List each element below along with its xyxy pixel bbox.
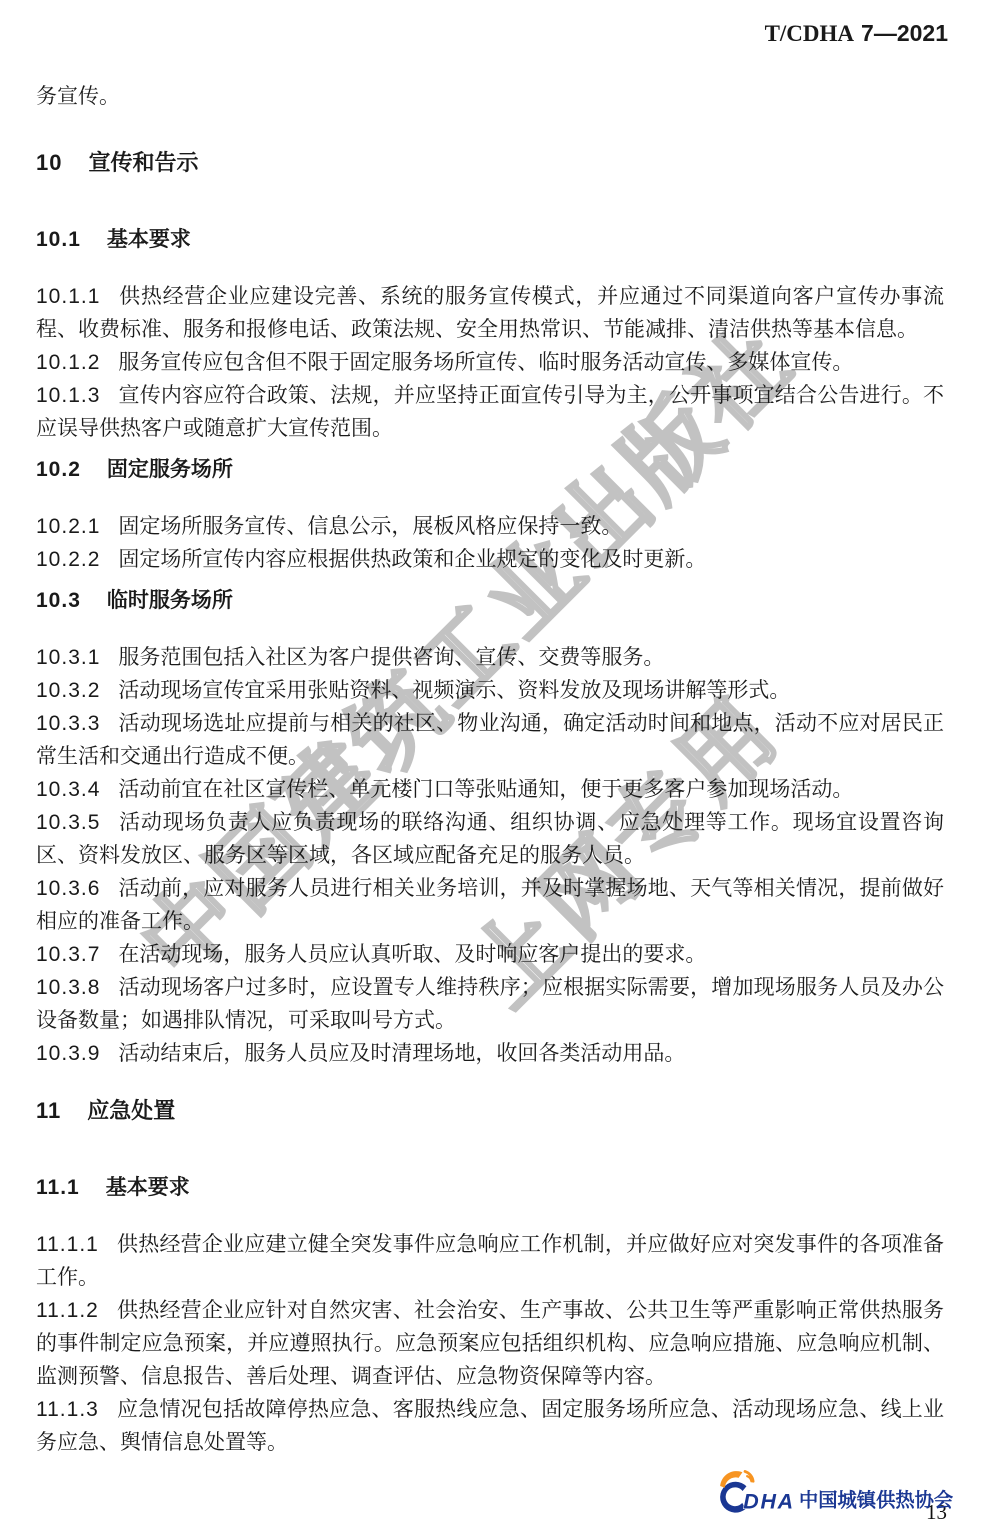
- clause-text: 活动现场负责人应负责现场的联络沟通、组织协调、应急处理等工作。现场宜设置咨询区、…: [36, 810, 944, 867]
- clause-number: 10.2.1: [36, 515, 100, 538]
- clause-text: 活动结束后，服务人员应及时清理场地，收回各类活动用品。: [118, 1041, 685, 1065]
- subsection-heading-11-1: 11.1基本要求: [36, 1176, 944, 1200]
- clause-group-10-2: 10.2.1固定场所服务宣传、信息公示，展板风格应保持一致。 10.2.2固定场…: [36, 510, 944, 576]
- document-body: 务宣传。 10宣传和告示 10.1基本要求 10.1.1供热经营企业应建设完善、…: [0, 48, 984, 1459]
- clause-10-3-4: 10.3.4活动前宜在社区宣传栏、单元楼门口等张贴通知，便于更多客户参加现场活动…: [36, 773, 944, 806]
- clause-text: 固定场所服务宣传、信息公示，展板风格应保持一致。: [118, 514, 622, 538]
- doc-number-prefix: T/CDHA: [765, 21, 854, 46]
- section-title: 宣传和告示: [88, 150, 198, 175]
- carryover-paragraph: 务宣传。: [36, 80, 944, 113]
- clause-10-1-3: 10.1.3宣传内容应符合政策、法规，并应坚持正面宣传引导为主，公开事项宜结合公…: [36, 379, 944, 445]
- clause-text: 服务范围包括入社区为客户提供咨询、宣传、交费等服务。: [118, 645, 664, 669]
- clause-text: 供热经营企业应建设完善、系统的服务宣传模式，并应通过不同渠道向客户宣传办事流程、…: [36, 284, 944, 341]
- clause-text: 活动现场客户过多时，应设置专人维持秩序；应根据实际需要，增加现场服务人员及办公设…: [36, 975, 944, 1032]
- clause-10-3-2: 10.3.2活动现场宣传宜采用张贴资料、视频演示、资料发放及现场讲解等形式。: [36, 674, 944, 707]
- clause-number: 10.1.2: [36, 351, 100, 374]
- clause-number: 11.1.1: [36, 1233, 99, 1256]
- subsection-number: 10.3: [36, 589, 81, 612]
- clause-group-10-3: 10.3.1服务范围包括入社区为客户提供咨询、宣传、交费等服务。 10.3.2活…: [36, 641, 944, 1070]
- section-heading-10: 10宣传和告示: [36, 150, 944, 176]
- subsection-number: 11.1: [36, 1176, 80, 1199]
- clause-11-1-2: 11.1.2供热经营企业应针对自然灾害、社会治安、生产事故、公共卫生等严重影响正…: [36, 1294, 944, 1393]
- clause-10-3-8: 10.3.8活动现场客户过多时，应设置专人维持秩序；应根据实际需要，增加现场服务…: [36, 971, 944, 1037]
- clause-number: 10.3.4: [36, 778, 100, 801]
- clause-text: 应急情况包括故障停热应急、客服热线应急、固定服务场所应急、活动现场应急、线上业务…: [36, 1397, 944, 1454]
- clause-number: 10.3.6: [36, 877, 100, 900]
- standard-document-page: 中国建筑工业出版社 上网专用 T/CDHA7—2021 务宣传。 10宣传和告示…: [0, 0, 984, 1539]
- clause-text: 活动前宜在社区宣传栏、单元楼门口等张贴通知，便于更多客户参加现场活动。: [118, 777, 853, 801]
- subsection-number: 10.2: [36, 458, 81, 481]
- clause-number: 10.2.2: [36, 548, 100, 571]
- clause-number: 10.3.7: [36, 943, 100, 966]
- clause-number: 10.1.1: [36, 285, 100, 308]
- clause-11-1-3: 11.1.3应急情况包括故障停热应急、客服热线应急、固定服务场所应急、活动现场应…: [36, 1393, 944, 1459]
- section-number: 10: [36, 150, 62, 175]
- clause-number: 11.1.3: [36, 1398, 99, 1421]
- section-number: 11: [36, 1098, 61, 1123]
- clause-number: 10.3.3: [36, 712, 100, 735]
- subsection-title: 基本要求: [107, 228, 191, 251]
- clause-number: 10.3.2: [36, 679, 100, 702]
- clause-number: 10.3.8: [36, 976, 100, 999]
- clause-group-10-1: 10.1.1供热经营企业应建设完善、系统的服务宣传模式，并应通过不同渠道向客户宣…: [36, 280, 944, 445]
- clause-10-3-5: 10.3.5活动现场负责人应负责现场的联络沟通、组织协调、应急处理等工作。现场宜…: [36, 806, 944, 872]
- subsection-heading-10-1: 10.1基本要求: [36, 228, 944, 252]
- logo-association-name: 中国城镇供热协会: [799, 1489, 954, 1512]
- clause-10-3-1: 10.3.1服务范围包括入社区为客户提供咨询、宣传、交费等服务。: [36, 641, 944, 674]
- doc-number-suffix: 7—2021: [861, 20, 948, 46]
- clause-text: 活动前，应对服务人员进行相关业务培训，并及时掌握场地、天气等相关情况，提前做好相…: [36, 876, 944, 933]
- clause-10-1-2: 10.1.2服务宣传应包含但不限于固定服务场所宣传、临时服务活动宣传、多媒体宣传…: [36, 346, 944, 379]
- subsection-title: 基本要求: [106, 1176, 190, 1199]
- clause-11-1-1: 11.1.1供热经营企业应建立健全突发事件应急响应工作机制，并应做好应对突发事件…: [36, 1228, 944, 1294]
- clause-number: 10.3.5: [36, 811, 100, 834]
- subsection-title: 临时服务场所: [107, 589, 233, 612]
- subsection-heading-10-3: 10.3临时服务场所: [36, 589, 944, 613]
- clause-10-3-3: 10.3.3活动现场选址应提前与相关的社区、物业沟通，确定活动时间和地点，活动不…: [36, 707, 944, 773]
- section-heading-11: 11应急处置: [36, 1098, 944, 1124]
- subsection-number: 10.1: [36, 228, 81, 251]
- clause-text: 活动现场选址应提前与相关的社区、物业沟通，确定活动时间和地点，活动不应对居民正常…: [36, 711, 944, 768]
- clause-text: 活动现场宣传宜采用张贴资料、视频演示、资料发放及现场讲解等形式。: [118, 678, 790, 702]
- clause-group-11-1: 11.1.1供热经营企业应建立健全突发事件应急响应工作机制，并应做好应对突发事件…: [36, 1228, 944, 1459]
- logo-acronym: DHA: [743, 1489, 795, 1513]
- clause-number: 10.3.1: [36, 646, 100, 669]
- clause-text: 供热经营企业应针对自然灾害、社会治安、生产事故、公共卫生等严重影响正常供热服务的…: [36, 1298, 944, 1388]
- clause-text: 服务宣传应包含但不限于固定服务场所宣传、临时服务活动宣传、多媒体宣传。: [118, 350, 853, 374]
- clause-10-3-7: 10.3.7在活动现场，服务人员应认真听取、及时响应客户提出的要求。: [36, 938, 944, 971]
- clause-10-3-6: 10.3.6活动前，应对服务人员进行相关业务培训，并及时掌握场地、天气等相关情况…: [36, 872, 944, 938]
- subsection-title: 固定服务场所: [107, 458, 233, 481]
- clause-10-3-9: 10.3.9活动结束后，服务人员应及时清理场地，收回各类活动用品。: [36, 1037, 944, 1070]
- clause-text: 在活动现场，服务人员应认真听取、及时响应客户提出的要求。: [118, 942, 706, 966]
- clause-text: 宣传内容应符合政策、法规，并应坚持正面宣传引导为主，公开事项宜结合公告进行。不应…: [36, 383, 944, 440]
- clause-text: 供热经营企业应建立健全突发事件应急响应工作机制，并应做好应对突发事件的各项准备工…: [36, 1232, 944, 1289]
- clause-number: 10.1.3: [36, 384, 100, 407]
- section-title: 应急处置: [87, 1098, 175, 1123]
- clause-10-2-2: 10.2.2固定场所宣传内容应根据供热政策和企业规定的变化及时更新。: [36, 543, 944, 576]
- clause-number: 11.1.2: [36, 1299, 99, 1322]
- clause-number: 10.3.9: [36, 1042, 100, 1065]
- page-header-doc-number: T/CDHA7—2021: [765, 20, 948, 47]
- cdha-association-logo: DHA 中国城镇供热协会: [714, 1468, 956, 1516]
- clause-text: 固定场所宣传内容应根据供热政策和企业规定的变化及时更新。: [118, 547, 706, 571]
- clause-10-2-1: 10.2.1固定场所服务宣传、信息公示，展板风格应保持一致。: [36, 510, 944, 543]
- subsection-heading-10-2: 10.2固定服务场所: [36, 458, 944, 482]
- clause-10-1-1: 10.1.1供热经营企业应建设完善、系统的服务宣传模式，并应通过不同渠道向客户宣…: [36, 280, 944, 346]
